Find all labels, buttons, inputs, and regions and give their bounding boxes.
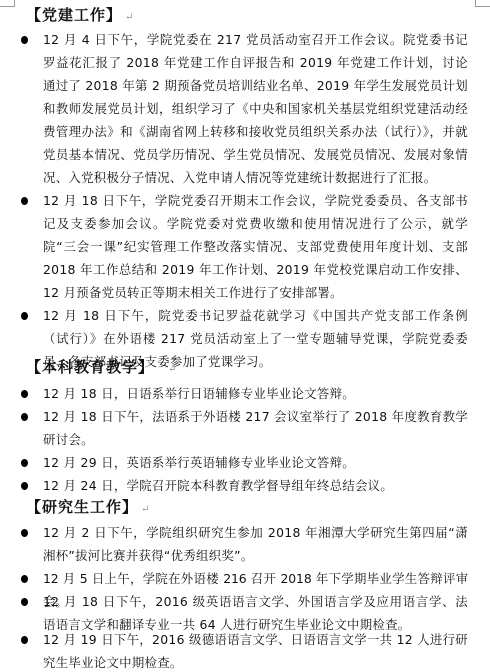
list-item-text: 12 月 19 日下午，2016 级德语语言文学、日语语言文学一共 12 人进行… <box>43 628 468 672</box>
bullet-icon <box>21 482 28 490</box>
bullet-icon <box>21 459 28 467</box>
bullet-icon <box>21 390 28 398</box>
bullet-icon <box>21 598 28 606</box>
bullet-icon <box>21 529 28 537</box>
list-item-text: 12 月 24 日，学院召开院本科教育教学督导组年终总结会议。 <box>43 474 468 497</box>
section-heading-party-building: 【党建工作】↵ <box>26 4 134 25</box>
heading-text: 【研究生工作】 <box>26 498 138 516</box>
list-item-text: 12 月 2 日下午，学院组织研究生参加 2018 年湘潭大学研究生第四届“潇湘… <box>43 521 468 567</box>
bullet-icon <box>21 36 28 44</box>
bullet-icon <box>21 575 28 583</box>
bullet-icon <box>21 636 28 644</box>
list-item-text: 12 月 18 日，日语系举行日语辅修专业毕业论文答辩。 <box>43 382 468 405</box>
bullet-icon <box>21 312 28 320</box>
paragraph-mark-icon: ↵ <box>141 504 150 515</box>
page-corner-mark-left <box>0 0 15 7</box>
heading-text: 【本科教育教学】 <box>26 358 154 376</box>
page-corner-mark-right <box>475 0 490 7</box>
list-item-text: 12 月 18 日下午，学院党委召开期末工作会议，学院党委委员、各支部书记及支委… <box>43 189 468 304</box>
bullet-icon <box>21 413 28 421</box>
list-item-text: 12 月 29 日，英语系举行英语辅修专业毕业论文答辩。 <box>43 451 468 474</box>
bullet-icon <box>21 197 28 205</box>
section-heading-graduate-work: 【研究生工作】↵ <box>26 496 150 517</box>
paragraph-mark-icon: ↵ <box>125 12 134 23</box>
list-item-text: 12 月 18 日下午，法语系于外语楼 217 会议室举行了 2018 年度教育… <box>43 405 468 451</box>
section-heading-undergraduate-teaching: 【本科教育教学】↵ <box>26 356 177 377</box>
paragraph-mark-icon: ↵ <box>168 364 177 375</box>
heading-text: 【党建工作】 <box>26 6 122 24</box>
list-item-text: 12 月 4 日下午，学院党委在 217 党员活动室召开工作会议。院党委书记罗益… <box>43 28 468 189</box>
